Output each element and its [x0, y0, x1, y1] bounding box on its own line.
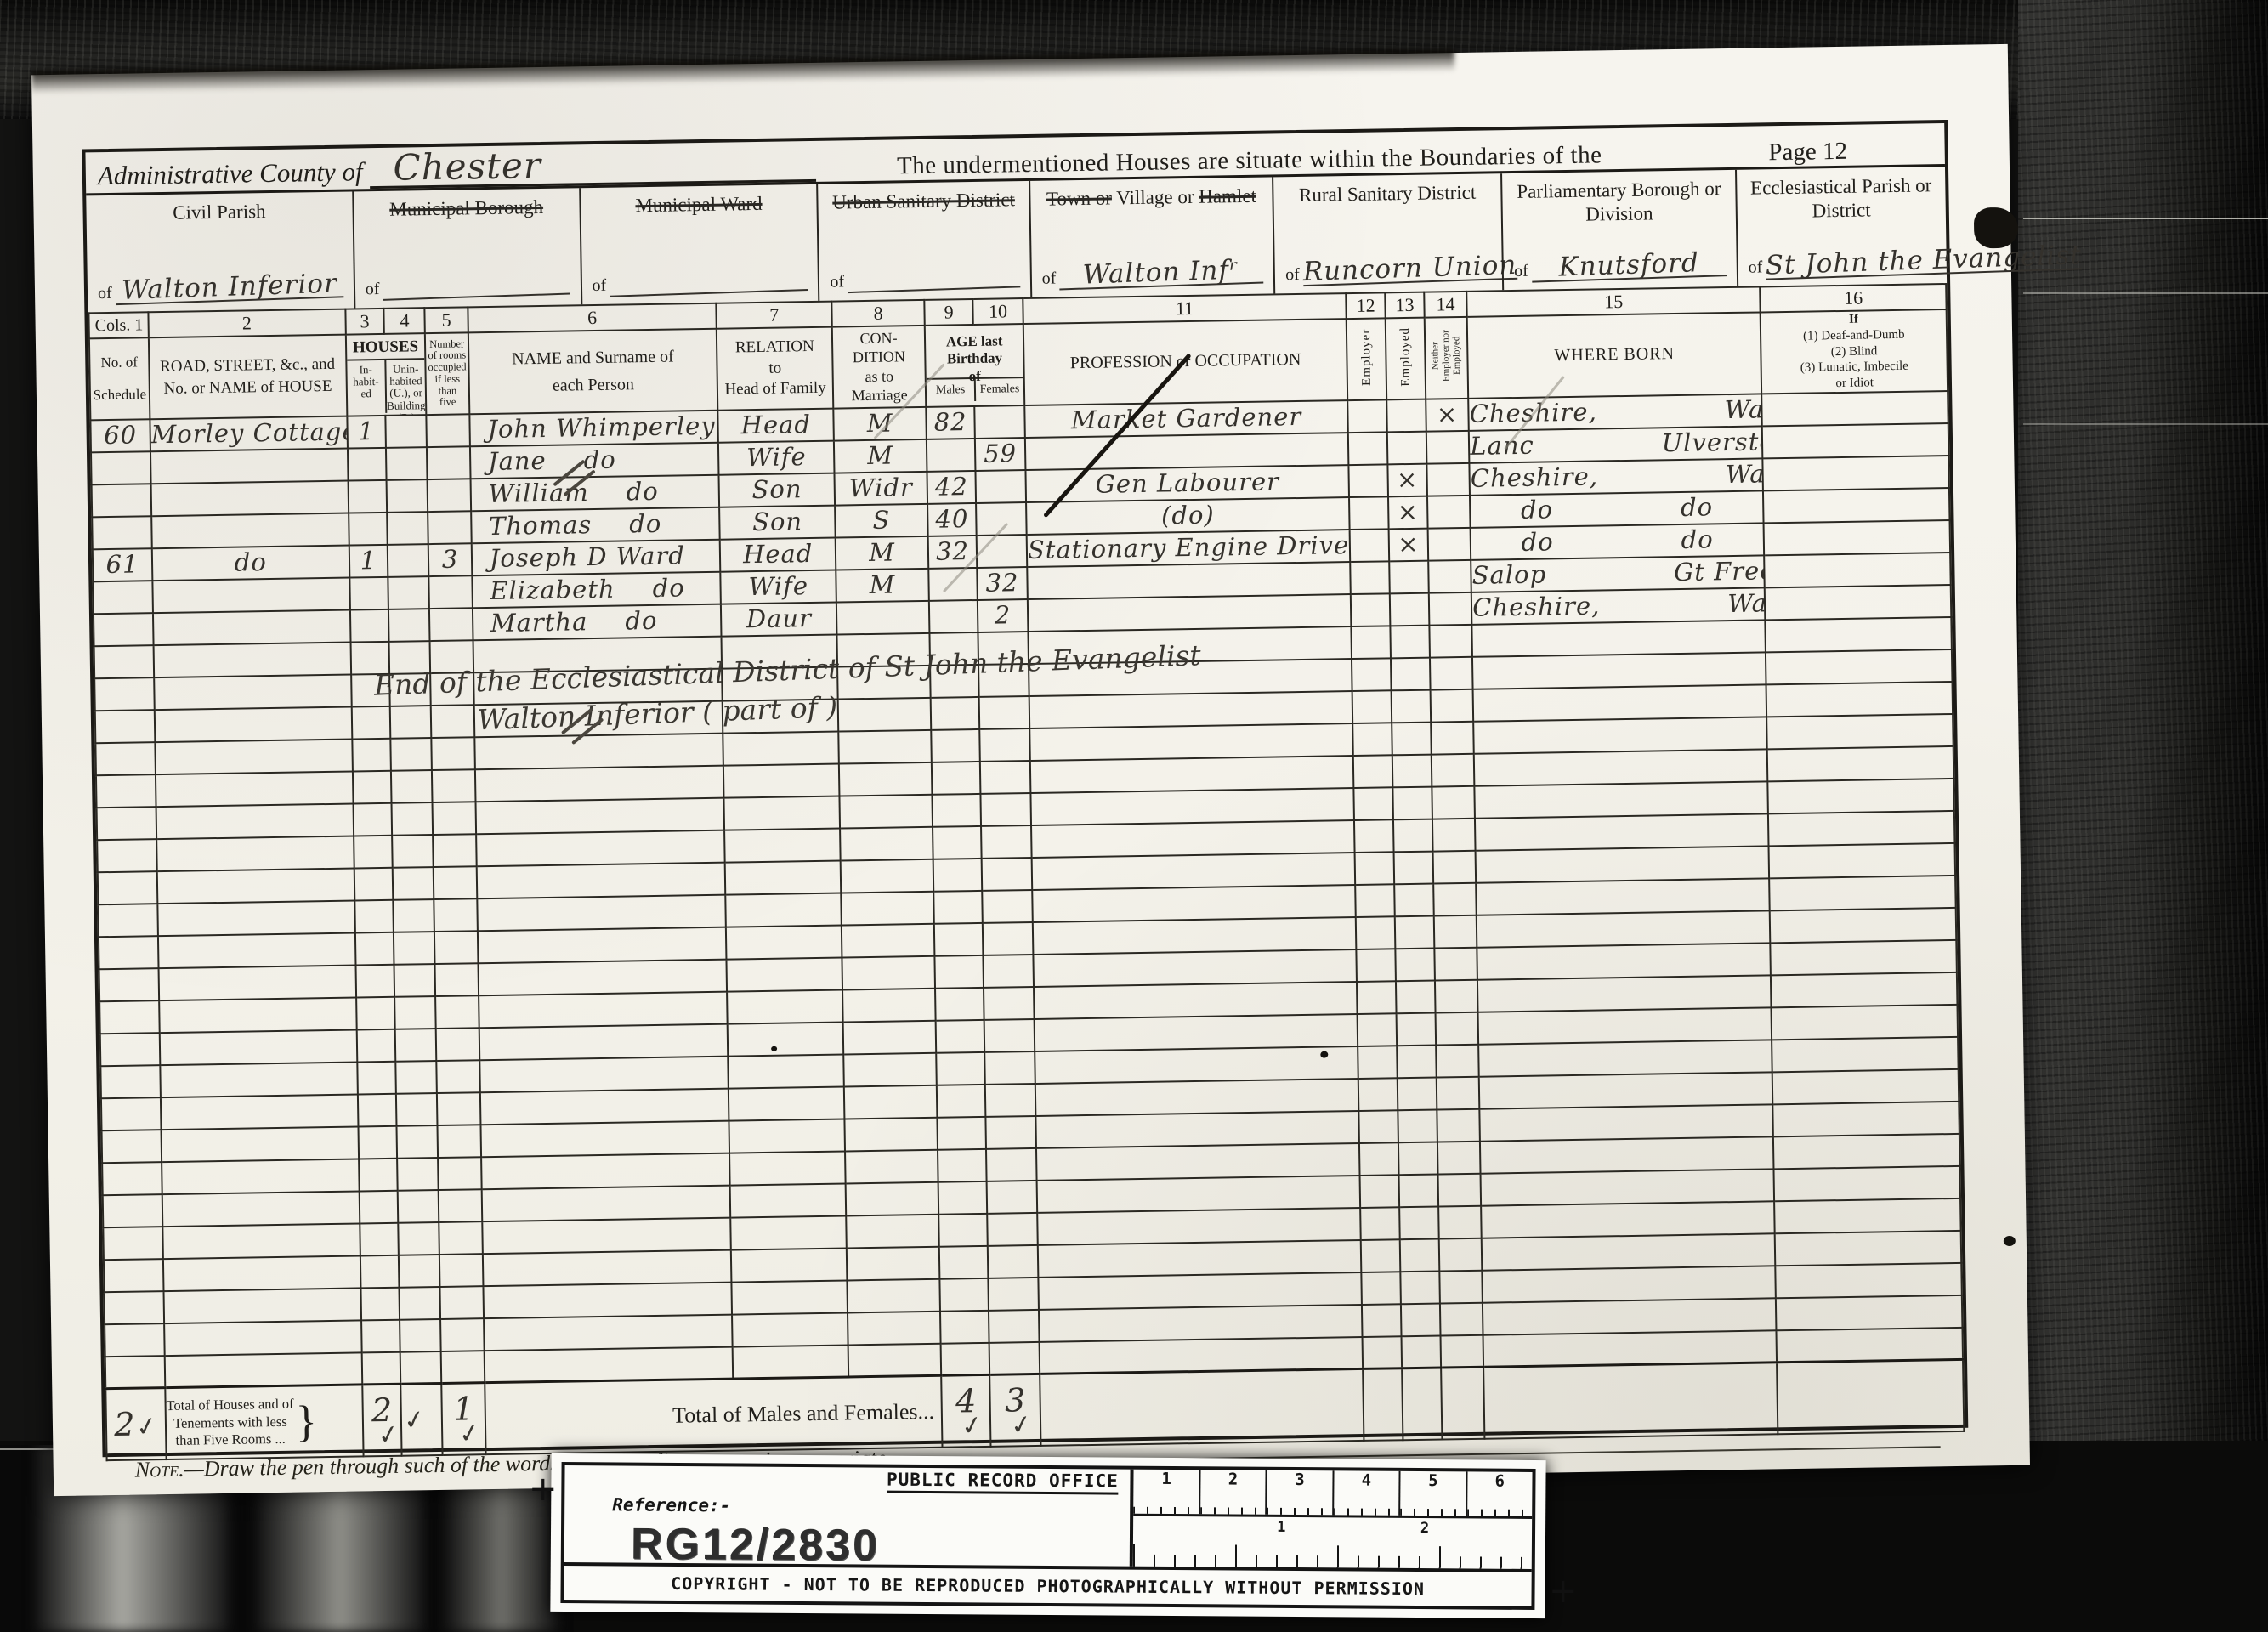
cell-road	[151, 513, 349, 548]
stamp-office-title: PUBLIC RECORD OFFICE	[887, 1470, 1119, 1495]
cell-neither	[1440, 1334, 1483, 1368]
boundary-label-part: Hamlet	[1199, 185, 1256, 207]
boundary-handwriting-civil-parish: Walton Inferior	[115, 272, 343, 305]
cell-born	[1476, 846, 1770, 882]
cell-neither	[1434, 948, 1477, 981]
cell-schedule: 61	[93, 548, 152, 581]
cell-name: Elizabethdo	[472, 571, 721, 608]
cell-inhabited	[352, 739, 391, 772]
cell-rooms	[434, 931, 478, 964]
cell-age_m	[927, 439, 975, 472]
cell-age_f	[980, 793, 1031, 826]
cell-employed	[1392, 786, 1432, 819]
cell-text: Martha	[490, 607, 588, 637]
cell-profession	[1029, 723, 1353, 761]
cell-profession	[1037, 1176, 1361, 1213]
cell-employer	[1358, 1078, 1398, 1111]
cell-text: Elizabeth	[490, 575, 615, 605]
cell-employer	[1350, 529, 1389, 562]
cell-road	[150, 480, 348, 516]
cell-infirm	[1774, 1198, 1960, 1233]
header-neither-text: Neither Employer nor Employed	[1430, 330, 1463, 382]
cell-neither	[1437, 1173, 1481, 1206]
boundary-label-part: Civil Parish	[173, 201, 266, 224]
cell-age_f	[986, 1148, 1037, 1181]
cell-relation: Son	[719, 473, 835, 507]
boundary-value-rural-sanitary-district: ofRuncorn Union	[1275, 256, 1503, 293]
cell-inhabited	[350, 642, 389, 675]
cell-profession	[1038, 1240, 1362, 1278]
cell-uninhabited	[394, 964, 436, 997]
cell-age_m: 82	[926, 406, 974, 439]
cell-condition	[842, 989, 936, 1023]
cell-age_f	[981, 825, 1032, 858]
cell-uninhabited	[393, 867, 434, 900]
film-scratch	[2023, 292, 2268, 294]
total-empty-cell	[1363, 1368, 1403, 1441]
cell-uninhabited	[398, 1190, 439, 1223]
cell-rooms	[441, 1318, 485, 1351]
page-number: Page 12	[1682, 136, 1932, 168]
cell-inhabited	[354, 932, 394, 966]
cell-road	[159, 997, 356, 1033]
cell-uninhabited	[386, 415, 428, 448]
ruler-cell: 2	[1200, 1470, 1267, 1515]
cell-relation	[732, 1312, 848, 1346]
cell-infirm	[1765, 585, 1951, 620]
brace: }	[295, 1397, 317, 1446]
cell-age_m	[939, 1246, 988, 1279]
cell-neither	[1432, 819, 1476, 852]
boundary-field-parliamentary-borough: Parliamentary Borough or DivisionofKnuts…	[1500, 170, 1737, 290]
cell-inhabited	[357, 1062, 396, 1095]
boundary-handwriting-town-village-hamlet: Walton Infʳ	[1059, 258, 1264, 291]
header-name: NAME and Surname of each Person	[468, 329, 718, 414]
cell-schedule	[95, 710, 155, 743]
cell-employed	[1397, 1045, 1436, 1078]
cell-born	[1474, 749, 1768, 785]
of-label: of	[1514, 262, 1528, 281]
cell-age_m	[936, 1020, 984, 1053]
boundary-label-parliamentary-borough: Parliamentary Borough or Division	[1502, 177, 1735, 227]
cell-infirm	[1776, 1263, 1962, 1298]
cell-road: Morley Cottages	[150, 416, 347, 451]
cell-employer	[1359, 1142, 1398, 1176]
boundary-handwriting-urban-sanitary-district	[848, 260, 1021, 293]
cell-name	[473, 668, 723, 705]
cell-uninhabited	[396, 1093, 438, 1126]
cell-infirm	[1763, 488, 1949, 523]
header-infirm-if: If	[1761, 310, 1946, 329]
cell-road	[158, 965, 355, 1000]
cell-profession	[1036, 1143, 1360, 1181]
cell-road	[156, 836, 354, 871]
cell-profession	[1038, 1272, 1362, 1310]
boundary-value-urban-sanitary-district: of	[819, 262, 1030, 301]
boundary-field-rural-sanitary-district: Rural Sanitary DistrictofRuncorn Union	[1272, 173, 1502, 293]
cell-infirm	[1768, 811, 1954, 846]
checkmark: ✓	[952, 1408, 990, 1443]
cell-born	[1483, 1330, 1778, 1367]
cell-relation: Son	[720, 505, 836, 539]
cell-neither	[1433, 883, 1477, 916]
cell-age_m	[933, 858, 982, 892]
cell-born	[1482, 1233, 1776, 1270]
cell-schedule	[102, 1162, 162, 1195]
film-scratch	[2023, 218, 2268, 219]
cell-employed	[1397, 1012, 1436, 1045]
cell-born	[1473, 717, 1767, 753]
cell-relation	[729, 1086, 844, 1120]
cell-schedule	[97, 807, 156, 840]
cell-born: dodo	[1470, 490, 1764, 527]
cell-employer	[1350, 561, 1389, 594]
cell-born	[1482, 1266, 1776, 1302]
cell-infirm	[1771, 972, 1957, 1007]
header-schedule: No. of Schedule	[89, 337, 150, 420]
cell-employed	[1398, 1109, 1437, 1142]
boundary-label-ecclesiastical-parish: Ecclesiastical Parish or District	[1737, 173, 1946, 224]
cell-schedule	[105, 1291, 164, 1324]
header-houses: HOUSES	[346, 336, 424, 360]
cell-born	[1476, 878, 1770, 915]
cell-rooms	[437, 1092, 480, 1125]
cell-road: do	[152, 545, 349, 581]
cell-inhabited	[351, 706, 390, 739]
cell-employer	[1352, 626, 1391, 659]
cell-road	[156, 771, 353, 807]
cell-inhabited	[349, 577, 388, 610]
boundary-field-civil-parish: Civil ParishofWalton Inferior	[86, 191, 354, 312]
cell-inhabited	[359, 1159, 398, 1192]
col-number-13: 13	[1385, 292, 1424, 319]
cell-born	[1481, 1201, 1775, 1238]
cell-neither	[1437, 1077, 1480, 1110]
cell-employer	[1349, 464, 1388, 497]
cell-infirm	[1767, 714, 1953, 749]
col-number-5: 5	[425, 307, 468, 333]
cell-name	[483, 1249, 732, 1286]
cell-schedule	[100, 1065, 160, 1098]
cell-age_m: 40	[927, 503, 976, 536]
cell-relation	[732, 1280, 848, 1314]
cell-profession	[1034, 982, 1358, 1019]
cell-employer	[1358, 1013, 1397, 1046]
cell-neither	[1438, 1205, 1482, 1238]
stamp-box: PUBLIC RECORD OFFICE Reference:- RG12/28…	[560, 1462, 1535, 1610]
checkmark: ✓	[133, 1410, 160, 1443]
cell-uninhabited	[388, 609, 430, 642]
cell-rooms	[433, 802, 476, 835]
cell-schedule	[100, 1033, 160, 1066]
cell-age_f	[982, 890, 1033, 923]
of-label: of	[1285, 265, 1300, 285]
cell-born: SalopGt Frees	[1471, 555, 1765, 592]
cell-age_f	[982, 858, 1033, 891]
boundary-label-urban-sanitary-district: Urban Sanitary District	[819, 188, 1029, 214]
cell-name	[476, 830, 725, 866]
cell-road	[158, 932, 355, 968]
cell-name: Marthado	[473, 603, 722, 640]
cell-infirm	[1766, 617, 1952, 652]
cell-name	[481, 1185, 730, 1221]
cell-profession	[1028, 626, 1352, 664]
cell-name	[478, 926, 727, 963]
cell-rooms	[428, 479, 471, 512]
cell-uninhabited	[391, 738, 433, 771]
cell-inhabited: 1	[347, 416, 386, 449]
cell-employed	[1400, 1238, 1439, 1272]
cell-inhabited	[354, 868, 393, 901]
cell-born	[1481, 1169, 1775, 1205]
cell-infirm	[1765, 552, 1951, 587]
cell-employed	[1395, 915, 1434, 949]
boundary-label-municipal-ward: Municipal Ward	[581, 191, 817, 218]
cell-rooms	[439, 1254, 483, 1287]
cell-age_m	[938, 1117, 986, 1150]
col-number-9: 9	[924, 299, 972, 326]
cell-employed	[1402, 1335, 1441, 1368]
header-employer: Employer	[1347, 318, 1386, 399]
cell-text: Ulverstone	[1661, 427, 1762, 458]
cell-employed	[1392, 754, 1432, 787]
checkmark: ✓	[453, 1416, 486, 1451]
cell-employed	[1398, 1077, 1437, 1110]
col-number-4: 4	[384, 308, 426, 334]
header-neither: Neither Employer nor Employed	[1425, 317, 1469, 399]
total-cell-c4: ✓	[401, 1384, 443, 1456]
cell-profession	[1039, 1305, 1363, 1342]
cell-uninhabited	[399, 1222, 440, 1255]
cell-uninhabited	[388, 544, 429, 577]
cell-rooms	[441, 1351, 485, 1384]
cell-schedule	[101, 1097, 161, 1130]
stamp-ruler: 123456 12	[1130, 1470, 1532, 1569]
cell-infirm	[1769, 843, 1955, 878]
cell-condition	[845, 1150, 938, 1184]
cell-born	[1472, 652, 1766, 688]
cell-name	[476, 862, 725, 898]
cell-infirm	[1767, 746, 1953, 781]
cell-age_f	[983, 922, 1034, 955]
cell-road	[152, 577, 349, 613]
ruler-cell: 3	[1267, 1470, 1334, 1516]
header-males: Males	[927, 379, 976, 402]
cell-age_f: 59	[975, 438, 1026, 471]
cell-text: do	[1681, 493, 1714, 523]
cell-neither	[1432, 851, 1476, 884]
cell-schedule	[99, 936, 158, 969]
cell-relation	[723, 699, 838, 733]
cell-uninhabited	[400, 1319, 441, 1352]
film-scratch	[2023, 423, 2268, 425]
cell-road	[163, 1288, 360, 1323]
cell-uninhabited	[393, 835, 434, 868]
boundary-value-civil-parish: ofWalton Inferior	[88, 275, 354, 313]
cell-employer	[1355, 852, 1394, 885]
cell-road	[164, 1320, 361, 1356]
total-empty-cell	[1402, 1368, 1442, 1440]
cell-profession	[1030, 788, 1354, 825]
admin-county-underline: Chester	[369, 144, 816, 189]
cell-inhabited	[351, 674, 390, 707]
cell-condition	[848, 1343, 942, 1377]
cell-name	[474, 733, 723, 769]
cell-age_f	[974, 405, 1025, 439]
cell-infirm	[1770, 875, 1956, 910]
cell-employer	[1352, 658, 1391, 691]
cell-relation	[725, 828, 841, 862]
cell-rooms	[427, 414, 470, 447]
boundary-label-civil-parish: Civil Parish	[86, 198, 352, 226]
col-number-12: 12	[1346, 292, 1385, 319]
cell-road	[160, 1029, 357, 1065]
boundary-label-part: Town or	[1046, 187, 1112, 209]
cell-relation	[728, 1022, 843, 1056]
cell-age_f	[985, 1116, 1036, 1149]
cell-born	[1478, 1007, 1772, 1044]
cell-condition	[836, 601, 930, 635]
ruler-cell: 6	[1467, 1471, 1533, 1516]
cell-neither	[1439, 1238, 1483, 1271]
col-number-2: 2	[148, 309, 345, 338]
header-inhabited: In- habit- ed	[347, 360, 387, 414]
cell-uninhabited	[400, 1287, 441, 1320]
cell-rooms	[439, 1189, 482, 1222]
cell-profession	[1032, 853, 1356, 890]
boundary-field-ecclesiastical-parish: Ecclesiastical Parish or DistrictofSt Jo…	[1735, 167, 1947, 286]
cell-text: Salop	[1471, 560, 1546, 590]
cell-neither	[1427, 496, 1471, 529]
col-number-14: 14	[1424, 292, 1467, 318]
boundary-field-urban-sanitary-district: Urban Sanitary Districtof	[817, 181, 1030, 301]
boundary-field-municipal-ward: Municipal Wardof	[579, 184, 819, 304]
ruler-number: 2	[1228, 1470, 1239, 1488]
of-label: of	[1748, 258, 1762, 277]
header-houses-group: HOUSES In- habit- ed Unin- habited (U.),…	[345, 333, 426, 416]
header-road-street: ROAD, STREET, &c., and No. or NAME of HO…	[149, 335, 347, 419]
cell-condition	[842, 956, 935, 990]
cell-relation	[724, 796, 840, 830]
cell-inhabited	[354, 900, 394, 933]
ruler-number: 5	[1428, 1471, 1438, 1490]
header-infirmities: If(1) Deaf-and-Dumb (2) Blind (3) Lunati…	[1761, 309, 1948, 394]
cell-schedule	[98, 871, 157, 904]
cell-schedule	[94, 677, 154, 711]
boundary-label-town-village-hamlet: Town or Village or Hamlet	[1030, 184, 1273, 211]
total-cell-c10: 3✓	[989, 1374, 1040, 1447]
cell-relation	[723, 666, 838, 700]
cell-schedule	[102, 1130, 162, 1163]
boundary-value-municipal-ward: of	[581, 265, 819, 304]
cell-uninhabited	[397, 1125, 439, 1159]
cell-relation	[726, 925, 842, 959]
cell-born	[1478, 1040, 1772, 1076]
cell-rooms	[429, 608, 473, 641]
total-cell-c1: 2✓	[105, 1388, 166, 1460]
cell-employed	[1387, 431, 1426, 464]
cell-text: Walton	[1724, 394, 1762, 425]
cell-neither	[1435, 980, 1478, 1013]
cell-neither	[1429, 592, 1472, 626]
cell-name	[484, 1346, 733, 1383]
cell-uninhabited	[400, 1351, 442, 1385]
ruler-number: 3	[1295, 1470, 1305, 1489]
header-uninhabited: Unin- habited (U.), or Building (B.)	[386, 360, 425, 413]
cell-uninhabited	[387, 479, 428, 513]
admin-county-value: Chester	[393, 144, 541, 189]
cell-inhabited	[358, 1126, 397, 1159]
cell-name: Thomasdo	[471, 507, 720, 543]
boundary-value-municipal-borough: of	[354, 269, 580, 308]
cell-neither	[1428, 560, 1471, 593]
cell-employed	[1399, 1206, 1438, 1239]
cell-condition	[841, 859, 934, 893]
cell-condition: M	[836, 536, 929, 570]
cell-employed	[1395, 948, 1434, 981]
cell-infirm	[1776, 1295, 1962, 1330]
cell-employer	[1359, 1110, 1398, 1143]
of-label: of	[1042, 269, 1057, 288]
cell-inhabited	[353, 803, 392, 836]
cell-employer	[1352, 722, 1392, 756]
cell-schedule	[96, 774, 156, 807]
cell-neither	[1439, 1270, 1483, 1303]
boundary-handwriting-municipal-ward	[610, 263, 808, 297]
boundary-label-part: Village or	[1116, 186, 1194, 208]
col-number-8: 8	[831, 300, 925, 327]
cell-rooms	[432, 737, 475, 770]
cell-age_m	[934, 923, 983, 956]
cell-employed	[1390, 625, 1429, 658]
boundary-label-part: Urban Sanitary District	[832, 189, 1015, 212]
cell-age_m	[938, 1149, 986, 1182]
cell-born	[1475, 781, 1769, 818]
cell-neither: ×	[1426, 399, 1469, 432]
cell-employed	[1394, 883, 1433, 916]
cell-born	[1477, 910, 1771, 947]
cell-name	[479, 991, 728, 1028]
cell-employed: ×	[1387, 463, 1426, 496]
cell-employer	[1357, 949, 1396, 982]
cell-text: do	[625, 606, 658, 636]
cell-name: Janedo	[470, 442, 719, 479]
cell-road	[160, 1062, 357, 1097]
cell-employed	[1389, 560, 1428, 593]
cell-rooms	[427, 446, 470, 479]
cell-profession: (do)	[1026, 497, 1350, 535]
cell-inhabited	[360, 1287, 400, 1320]
col-number-16: 16	[1761, 284, 1947, 312]
cell-infirm	[1766, 682, 1953, 717]
cell-text: do	[652, 574, 685, 603]
cell-uninhabited	[396, 1061, 438, 1094]
cell-profession: Market Gardener	[1024, 400, 1348, 438]
cell-age_f	[984, 1051, 1035, 1085]
cell-condition	[839, 762, 933, 796]
total-empty-cell	[1777, 1360, 1964, 1434]
cell-condition: M	[836, 569, 929, 603]
cell-name	[480, 1088, 729, 1125]
header-employer-text: Employer	[1359, 328, 1375, 385]
cell-employed	[1393, 819, 1432, 852]
cell-born	[1473, 684, 1767, 721]
cell-employed	[1390, 592, 1429, 626]
cell-infirm	[1764, 520, 1950, 555]
cell-inhabited	[357, 1094, 396, 1127]
of-label: of	[830, 272, 844, 292]
cell-neither	[1437, 1142, 1481, 1175]
